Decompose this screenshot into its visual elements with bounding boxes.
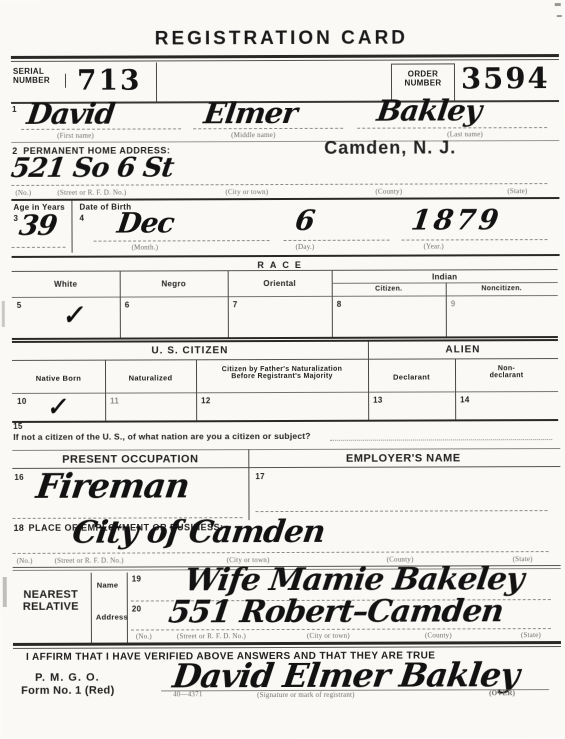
serial-number-label: SERIAL NUMBER	[13, 67, 50, 85]
registration-card: REGISTRATION CARD SERIAL NUMBER 713 ORDE…	[0, 0, 565, 739]
title-rule	[11, 54, 559, 59]
first-name-value: David	[25, 97, 117, 131]
race-num-white: 5	[17, 301, 22, 310]
citizen-col-father: Citizen by Father's Naturalization Befor…	[196, 366, 368, 381]
employment-line[interactable]	[13, 551, 549, 554]
dob-day-line[interactable]	[284, 240, 390, 241]
race-indian-rule	[332, 282, 558, 284]
occupation-header: PRESENT OCCUPATION	[12, 453, 248, 466]
print-code: 40—4371	[173, 690, 202, 698]
serial-box-tick	[65, 74, 66, 88]
scan-artifact	[555, 3, 561, 6]
citizen-num-declarant: 13	[373, 396, 383, 405]
race-num-indian-citizen: 8	[337, 300, 342, 309]
dob-year-caption: (Year.)	[424, 242, 444, 250]
relative-name-number: 19	[132, 574, 142, 583]
over-label: (OVER)	[489, 689, 515, 697]
citizen-header-alien: ALIEN	[368, 344, 558, 356]
age-number: 3	[13, 214, 18, 223]
serial-label-line2: NUMBER	[13, 76, 50, 85]
race-num-negro: 6	[125, 301, 130, 310]
relative-address-label: Address	[96, 613, 128, 622]
race-white-checkmark[interactable]: ✓	[61, 299, 88, 332]
race-col-negro: Negro	[120, 279, 228, 288]
race-table: White Negro Oriental Indian Citizen. Non…	[12, 269, 558, 340]
race-col-oriental: Oriental	[228, 279, 332, 288]
dob-day-value: 6	[293, 204, 316, 237]
name-row-number: 1	[12, 105, 17, 114]
citizen-col-naturalized: Naturalized	[105, 373, 196, 382]
scan-artifact	[2, 301, 5, 327]
employer-line[interactable]	[255, 510, 547, 512]
citizen-num-native: 10	[17, 397, 27, 406]
first-name-caption: (First name)	[57, 132, 94, 140]
card-title: REGISTRATION CARD	[0, 27, 564, 51]
relative-bottom-rule	[13, 641, 561, 646]
relative-bottom-rule-thin	[13, 646, 561, 649]
employment-caption-street: (Street or R. F. D. No.)	[55, 557, 124, 565]
city-stamp: Camden, N. J.	[324, 137, 456, 158]
nearest-label-line2: RELATIVE	[15, 601, 87, 613]
race-col-indian: Indian	[332, 272, 558, 282]
nation-answer-line[interactable]	[330, 439, 552, 441]
address-caption-county: (County)	[375, 188, 402, 196]
address-value: 521 So 6 St	[9, 152, 175, 184]
middle-name-value: Elmer	[202, 96, 299, 130]
pmgo-line1: P. M. G. O.	[35, 672, 100, 684]
citizen-subheader-rule	[12, 391, 558, 394]
relative-caption-state: (State)	[521, 631, 541, 639]
dob-day-caption: (Day.)	[296, 243, 315, 251]
last-name-value: Bakley	[375, 93, 483, 127]
relative-caption-street: (Street or R. F. D. No.)	[177, 632, 246, 640]
race-num-indian-noncitizen: 9	[451, 299, 456, 308]
race-header-rule	[12, 295, 558, 298]
order-label-line2: NUMBER	[392, 78, 454, 87]
employment-value: City of Camden	[70, 514, 327, 551]
native-born-checkmark[interactable]: ✓	[46, 392, 71, 423]
dob-month-value: Dec	[115, 206, 176, 239]
relative-divider-2	[127, 573, 128, 646]
age-dob-divider	[71, 201, 72, 253]
age-line[interactable]	[12, 247, 66, 248]
occupation-value: Fireman	[34, 466, 192, 507]
address-row-rule	[11, 197, 559, 201]
citizen-table: U. S. CITIZEN ALIEN Native Born Naturali…	[12, 339, 558, 423]
nearest-label-line1: NEAREST	[15, 589, 87, 601]
middle-name-caption: (Middle name)	[231, 131, 275, 139]
employer-header: EMPLOYER'S NAME	[248, 452, 558, 465]
relative-address-number: 20	[132, 604, 142, 613]
serial-label-line1: SERIAL	[13, 67, 50, 76]
scan-artifact	[3, 577, 7, 607]
occupation-number: 16	[14, 473, 24, 482]
citizen-num-nondeclarant: 14	[460, 395, 470, 404]
dob-month-caption: (Month.)	[132, 243, 159, 251]
serial-divider	[156, 62, 157, 102]
citizen-divider-1	[105, 360, 106, 421]
dob-number: 4	[79, 214, 84, 223]
employment-number: 18	[14, 523, 25, 533]
address-caption-city: (City or town)	[225, 188, 268, 196]
address-caption-state: (State)	[507, 187, 527, 195]
race-sub-citizen: Citizen.	[332, 285, 446, 292]
race-col-white: White	[12, 280, 120, 289]
address-caption-no: (No.)	[15, 189, 31, 197]
citizen-header-us: U. S. CITIZEN	[12, 345, 368, 357]
employer-number: 17	[255, 472, 265, 481]
citizen-col-father-line2: Before Registrant's Majority	[196, 373, 368, 381]
pmgo-line2: Form No. 1 (Red)	[21, 685, 114, 697]
citizen-num-naturalized: 11	[110, 397, 119, 406]
citizen-header-rule	[12, 358, 558, 361]
citizen-col-nondeclarant: Non- declarant	[455, 365, 558, 379]
nation-question: If not a citizen of the U. S., of what n…	[13, 431, 310, 442]
order-label-line1: ORDER	[392, 69, 454, 78]
signature-caption: (Signature or mark of registrant)	[257, 691, 355, 699]
nearest-relative-label: NEAREST RELATIVE	[15, 589, 87, 613]
employment-caption-no: (No.)	[17, 557, 33, 565]
address-caption-street: (Street or R. F. D. No.)	[57, 189, 126, 197]
relative-caption-no: (No.)	[136, 632, 152, 640]
age-value: 39	[17, 209, 58, 242]
dob-month-line[interactable]	[94, 240, 270, 242]
race-sub-noncitizen: Noncitizen.	[446, 285, 558, 292]
name-row-rule	[11, 140, 559, 143]
relative-name-label: Name	[97, 581, 119, 590]
citizen-col-native: Native Born	[12, 374, 105, 383]
race-num-oriental: 7	[233, 300, 238, 309]
relative-caption-county: (County)	[425, 631, 452, 639]
order-number-value: 3594	[461, 61, 550, 95]
citizen-num-father: 12	[201, 396, 211, 405]
relative-divider-1	[91, 573, 92, 646]
nation-row-number: 15	[13, 422, 23, 431]
serial-number-value: 713	[77, 63, 142, 96]
dob-year-line[interactable]	[402, 239, 548, 241]
relative-address-value: 551 Robert–Camden	[166, 593, 505, 630]
scan-artifact	[557, 15, 562, 17]
citizen-col-declarant: Declarant	[368, 372, 455, 381]
citizen-col-nondeclarant-line2: declarant	[455, 372, 558, 379]
age-row-rule	[12, 254, 560, 258]
occupation-top-rule	[12, 448, 560, 451]
dob-year-value: 1879	[409, 203, 503, 236]
relative-caption-city: (City or town)	[307, 632, 350, 640]
